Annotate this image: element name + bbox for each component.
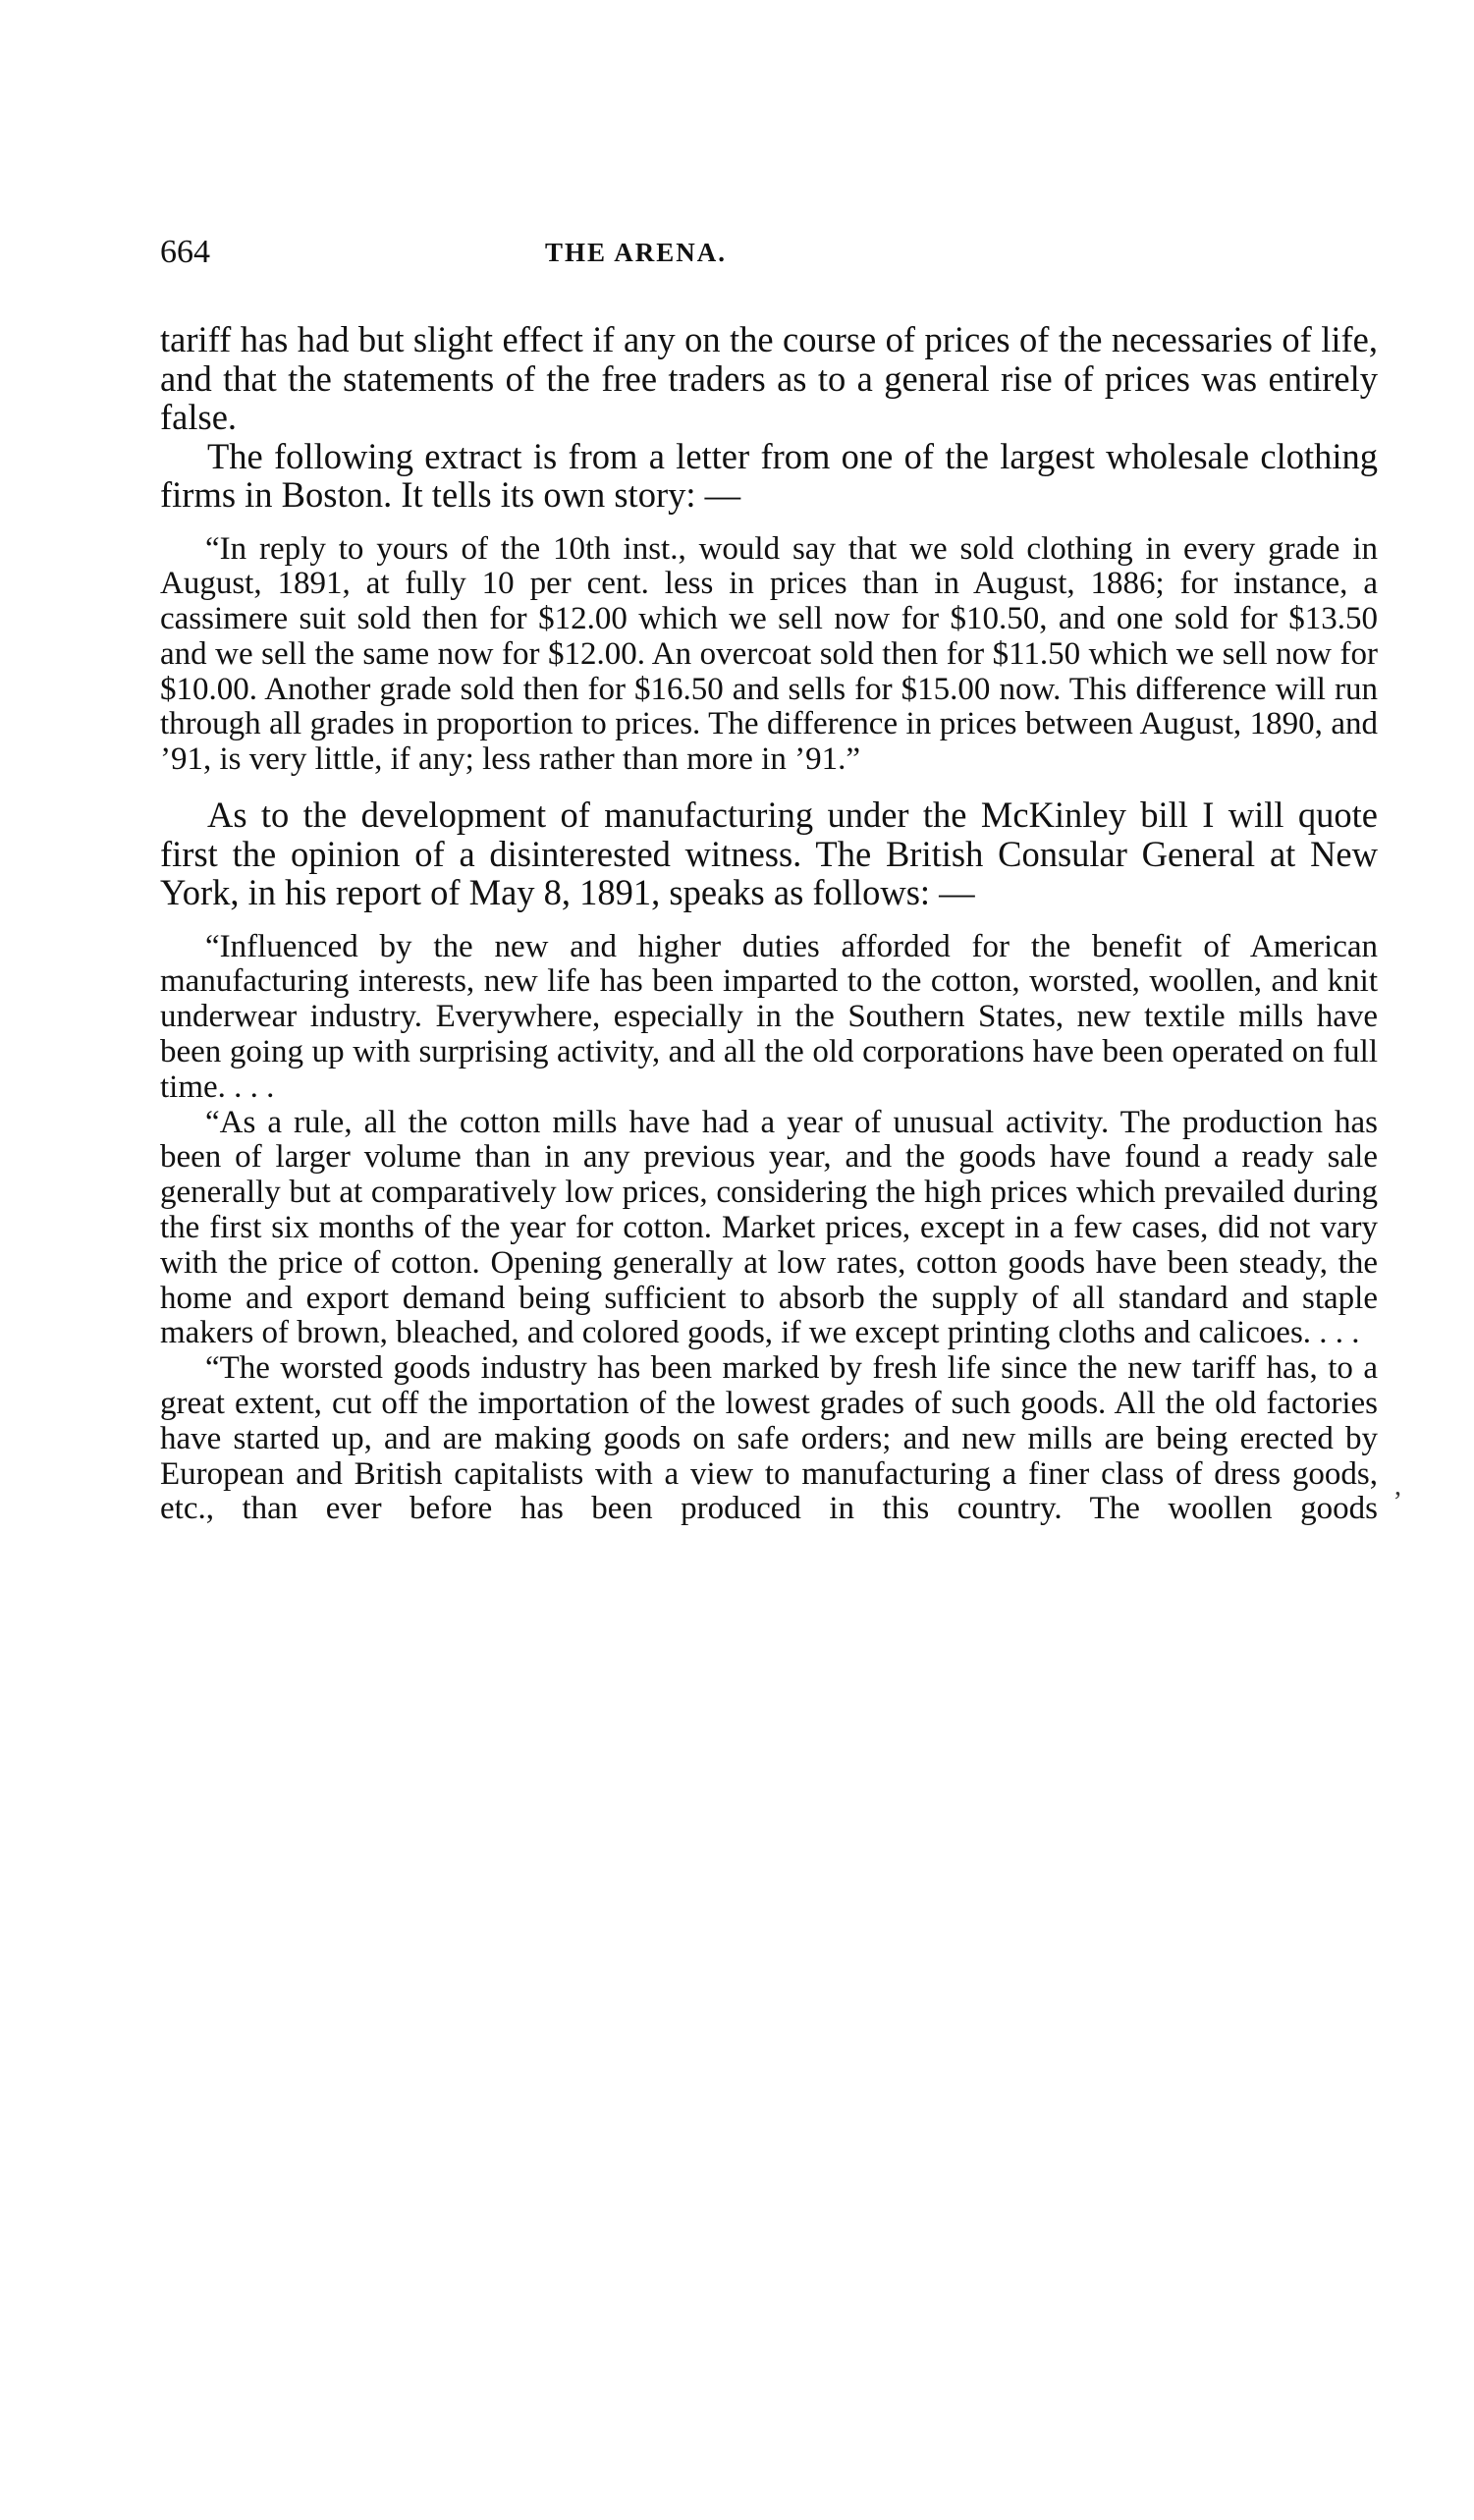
document-page: 664 THE ARENA. tariff has had but slight… — [0, 0, 1474, 2520]
paragraph-continued: tariff has had but slight effect if any … — [160, 320, 1378, 437]
spacer — [160, 912, 1378, 930]
page-body: tariff has had but slight effect if any … — [160, 320, 1378, 1527]
quote-consular-report-1: “Influenced by the new and higher duties… — [160, 930, 1378, 1106]
spacer — [160, 778, 1378, 795]
running-title: THE ARENA. — [545, 238, 727, 268]
page-header: 664 THE ARENA. — [160, 234, 1378, 277]
quote-clothing-firm-letter: “In reply to yours of the 10th inst., wo… — [160, 532, 1378, 779]
quote-consular-report-3: “The worsted goods industry has been mar… — [160, 1351, 1378, 1527]
paragraph-extract-intro: The following extract is from a letter f… — [160, 437, 1378, 515]
paragraph-mckinley-bill: As to the development of manufacturing u… — [160, 795, 1378, 912]
spacer — [160, 515, 1378, 532]
margin-mark: , — [1394, 1471, 1401, 1503]
quote-consular-report-2: “As a rule, all the cotton mills have ha… — [160, 1106, 1378, 1352]
page-number: 664 — [160, 234, 210, 271]
